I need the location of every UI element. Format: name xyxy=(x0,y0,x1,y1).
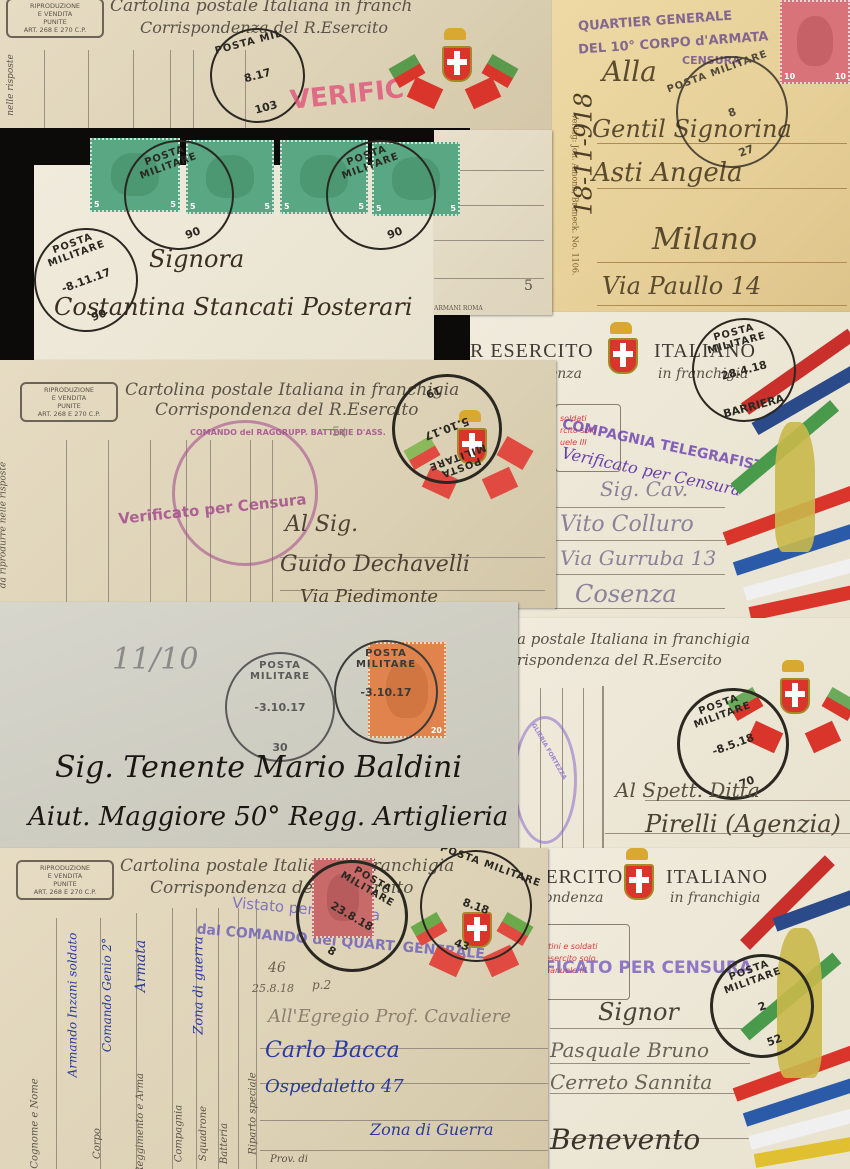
form-label: Reggimento e Arma xyxy=(135,1073,146,1169)
form-label: Squadrone xyxy=(198,1106,209,1161)
address-line-4: Benevento xyxy=(550,1123,700,1156)
side-text: da riprodurre nelle risposte xyxy=(0,462,8,589)
postcard-5: a postale Italiana in franchigia rispond… xyxy=(515,618,850,850)
form-value: Comando Genio 2° xyxy=(100,938,114,1052)
envelope-2: 11/10 POSTA MILITARE -3.10.17 30 20 POST… xyxy=(0,602,518,848)
printer: ARMANI ROMA xyxy=(434,305,483,312)
form-value: Zona di guerra xyxy=(192,936,207,1034)
side-date: 18-11-918 xyxy=(570,92,598,215)
censor-mark: VERIFIC xyxy=(289,74,406,116)
address-line-1: Signor xyxy=(598,998,679,1026)
prov-label: Prov. di xyxy=(270,1154,308,1165)
address-line-1: All'Egregio Prof. Cavaliere xyxy=(268,1006,511,1027)
censor-ring xyxy=(515,716,577,844)
card-title: Cartolina postale Italiana in franch xyxy=(110,0,412,16)
note: 5 xyxy=(524,278,533,294)
address-line-3: Cerreto Sannita xyxy=(550,1070,712,1094)
address-line-2: Pasquale Bruno xyxy=(550,1038,709,1062)
address-line-2: Vito Colluro xyxy=(560,512,694,537)
side-text: nelle risposte xyxy=(6,54,16,116)
censor-ring-text: COMANDO del RAGGRUPP. BATTERIE D'ASS. xyxy=(190,428,386,437)
card-subtitle: Corrispondenza del R.Esercito xyxy=(155,400,418,420)
form-label: Cognome e Nome xyxy=(30,1078,41,1168)
pencil-note: 46 xyxy=(268,960,286,976)
form-label: Batteria xyxy=(219,1123,230,1164)
form-value: Armata xyxy=(133,940,149,992)
address-line-5: Via Paullo 14 xyxy=(602,272,761,300)
pencil-note: p.2 xyxy=(312,978,331,992)
address-line-2: Aiut. Maggiore 50° Regg. Artiglieria xyxy=(28,802,508,832)
header-left: ESERCITO xyxy=(540,866,623,889)
address-line-1: Sig. Tenente Mario Baldini xyxy=(55,750,462,785)
address-line-4: Milano xyxy=(652,222,757,257)
reproduction-warning-box: RIPRODUZIONEE VENDITAPUNITEART. 268 E 27… xyxy=(20,382,118,422)
postcard-3: RIPRODUZIONEE VENDITAPUNITEART. 268 E 27… xyxy=(0,360,556,608)
postcard-1: RIPRODUZIONEE VENDITAPUNITEART. 268 E 27… xyxy=(0,0,552,135)
card-title: a postale Italiana in franchigia xyxy=(517,630,750,648)
form-label: Riparto speciale xyxy=(248,1072,259,1154)
postmark: POSTA MILITARE -3.10.17 30 xyxy=(225,652,335,762)
address-line-2: Pirelli (Agenzia) xyxy=(645,810,841,838)
address-line-2: Guido Dechavelli xyxy=(280,552,470,577)
pencil-note: 11/10 xyxy=(112,642,198,677)
savoy-arms-flags xyxy=(390,20,520,120)
sub-left: ondenza xyxy=(544,890,603,906)
pencil-note: 25.8.18 xyxy=(252,982,294,995)
postmark: POSTA MILITARE -3.10.17 xyxy=(334,640,438,744)
address-line-4: Cosenza xyxy=(575,580,677,608)
address-line-1: Alla xyxy=(602,55,657,88)
reproduction-warning-box: RIPRODUZIONEE VENDITAPUNITEART. 268 E 27… xyxy=(6,0,104,38)
address-line-3: Via Gurruba 13 xyxy=(560,546,716,570)
form-value: Armando Inzani soldato xyxy=(65,933,79,1078)
address-line-1: Sig. Cav. xyxy=(600,477,688,501)
reproduction-warning-box: RIPRODUZIONEE VENDITAPUNITEART. 268 E 27… xyxy=(16,860,114,900)
postcard-7: ESERCITO ondenza ITALIANO in franchigia … xyxy=(540,848,850,1169)
form-label: Corpo xyxy=(92,1128,103,1159)
address-line-1: Al Spett. Ditta xyxy=(615,778,760,802)
address-line-1: Al Sig. xyxy=(285,512,358,537)
card-subtitle: rispondenza del R.Esercito xyxy=(517,651,722,669)
form-label: Compagnia xyxy=(173,1105,184,1163)
address-line-2: Carlo Bacca xyxy=(265,1038,400,1063)
stamp-10c: 1010 xyxy=(780,0,850,84)
postcard-2: QUARTIER GENERALE DEL 10° CORPO d'ARMATA… xyxy=(552,0,850,315)
pencil-note: 5¢ xyxy=(332,425,349,440)
address-line-3: Ospedaletto 47 xyxy=(265,1076,404,1097)
postcard-6: RIPRODUZIONEE VENDITAPUNITEART. 268 E 27… xyxy=(0,848,548,1169)
address-line-4: Zona di Guerra xyxy=(370,1120,494,1139)
card-title: Cartolina postale Italiana in franchigia xyxy=(120,856,454,876)
censor-line-1: QUARTIER GENERALE xyxy=(578,9,733,35)
